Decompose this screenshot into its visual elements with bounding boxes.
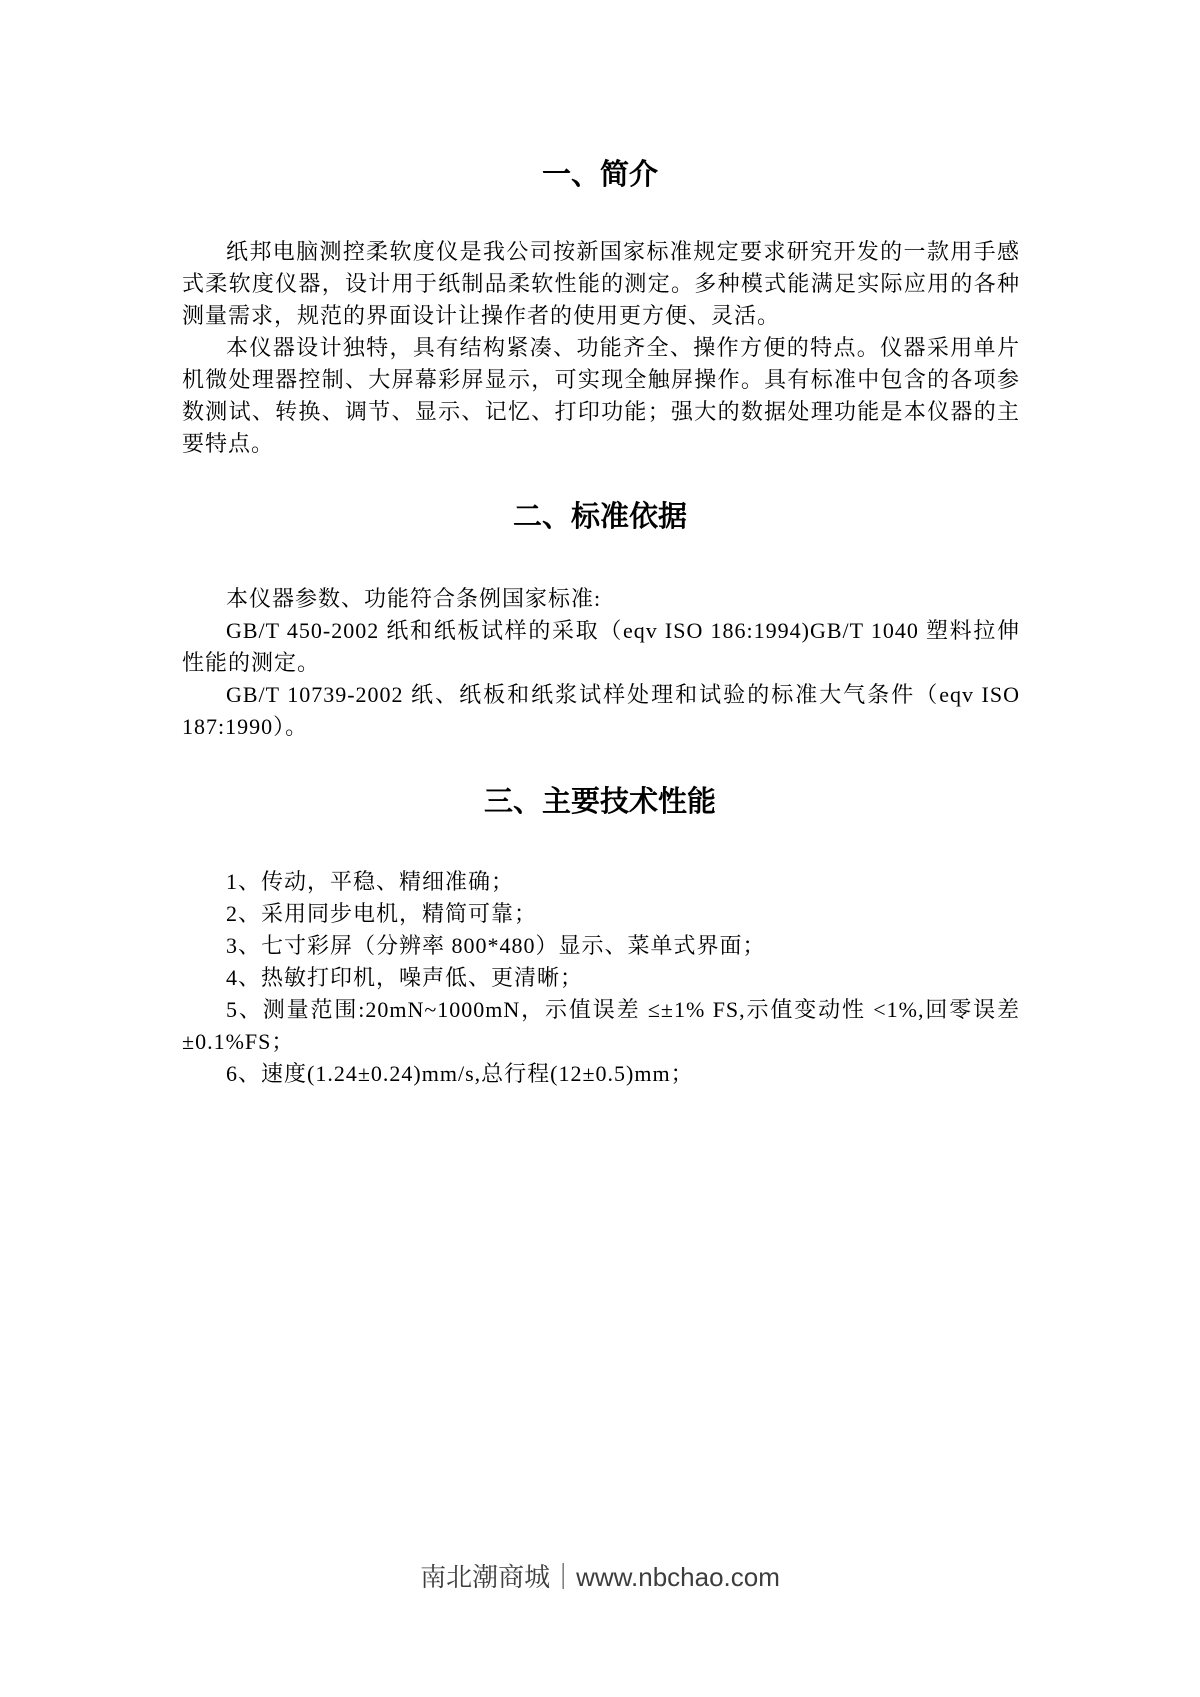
section-1-paragraph-1: 纸邦电脑测控柔软度仪是我公司按新国家标准规定要求研究开发的一款用手感式柔软度仪器… <box>182 236 1020 332</box>
spec-item-1: 1、传动，平稳、精细准确； <box>182 866 1020 898</box>
spec-item-3: 3、七寸彩屏（分辨率 800*480）显示、菜单式界面； <box>182 930 1020 962</box>
section-1-title: 一、简介 <box>0 157 1200 193</box>
spec-item-2: 2、采用同步电机，精简可靠； <box>182 898 1020 930</box>
spec-item-6: 6、速度(1.24±0.24)mm/s,总行程(12±0.5)mm； <box>182 1058 1020 1090</box>
section-1-body: 纸邦电脑测控柔软度仪是我公司按新国家标准规定要求研究开发的一款用手感式柔软度仪器… <box>182 236 1020 460</box>
footer-site-text: 南北潮商城｜www.nbchao.com <box>420 1562 780 1592</box>
page-footer: 南北潮商城｜www.nbchao.com <box>0 1561 1200 1593</box>
section-3-title: 三、主要技术性能 <box>0 784 1200 820</box>
section-2-body: 本仪器参数、功能符合条例国家标准: GB/T 450-2002 纸和纸板试样的采… <box>182 583 1020 743</box>
section-2-paragraph-3: GB/T 10739-2002 纸、纸板和纸浆试样处理和试验的标准大气条件（eq… <box>182 679 1020 743</box>
document-page: 一、简介 纸邦电脑测控柔软度仪是我公司按新国家标准规定要求研究开发的一款用手感式… <box>0 0 1200 1697</box>
spec-item-5: 5、测量范围:20mN~1000mN，示值误差 ≤±1% FS,示值变动性 <1… <box>182 994 1020 1058</box>
section-1-paragraph-2: 本仪器设计独特，具有结构紧凑、功能齐全、操作方便的特点。仪器采用单片机微处理器控… <box>182 332 1020 460</box>
section-3-body: 1、传动，平稳、精细准确； 2、采用同步电机，精简可靠； 3、七寸彩屏（分辨率 … <box>182 866 1020 1090</box>
section-2-title: 二、标准依据 <box>0 499 1200 535</box>
section-2-paragraph-2: GB/T 450-2002 纸和纸板试样的采取（eqv ISO 186:1994… <box>182 615 1020 679</box>
spec-item-4: 4、热敏打印机，噪声低、更清晰； <box>182 962 1020 994</box>
section-2-paragraph-1: 本仪器参数、功能符合条例国家标准: <box>182 583 1020 615</box>
